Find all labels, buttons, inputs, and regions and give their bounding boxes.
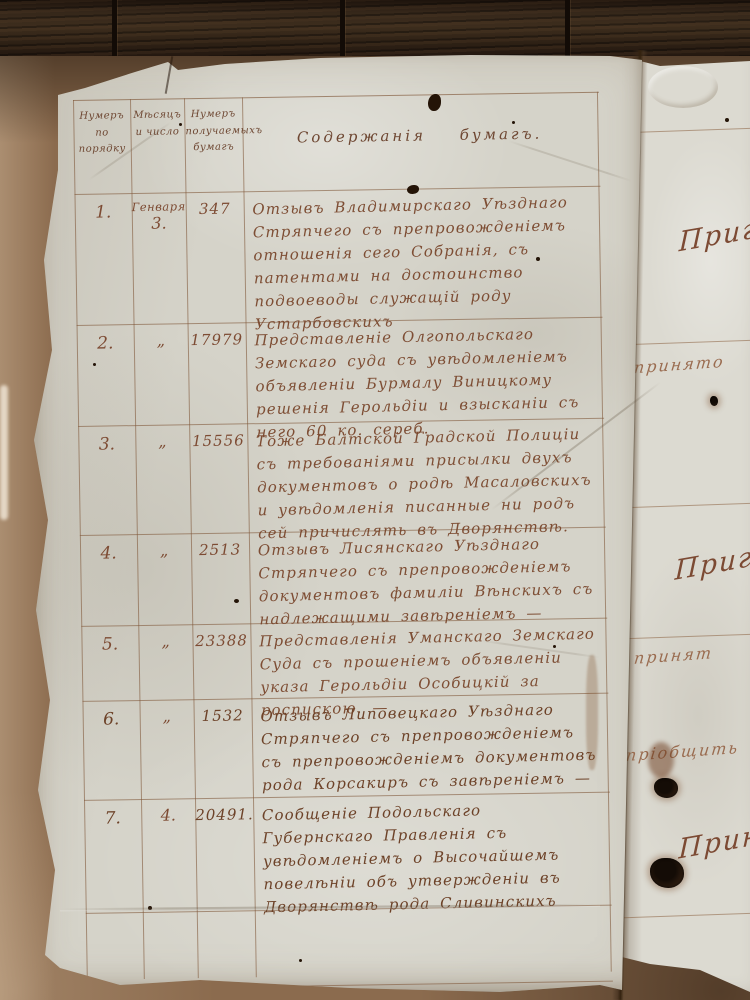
ink-speck <box>725 118 729 122</box>
paper-number: 20491. <box>195 805 253 824</box>
resolution-note: Прин <box>678 819 750 865</box>
paper-number: 2513 <box>191 540 249 559</box>
table-row: 7. 4. 20491. Сообщеніе Подольскаго Губер… <box>84 793 612 914</box>
table-row: 2. „ 17979 Представленіе Олгопольскаго З… <box>77 318 605 427</box>
paper-number: 23388 <box>192 631 250 650</box>
entry-date: „ <box>138 631 192 651</box>
ink-speck <box>179 123 182 126</box>
ink-speck <box>299 959 302 962</box>
entry-date: „ <box>134 330 188 350</box>
table-row: 1. Генваря 3. 347 Отзывъ Владимирскаго У… <box>74 187 602 326</box>
photo-of-archival-document: Пригов принято Приго принят пріобщить Пр… <box>0 0 750 1000</box>
entry-day-ditto: „ <box>140 706 194 726</box>
entry-date: „ <box>140 706 194 726</box>
header-paper-contents: Содержанія бумагъ. <box>244 121 594 151</box>
table-row: 6. „ 1532 Отзывъ Липовецкаго Уѣзднаго Ст… <box>82 694 609 801</box>
ruled-line <box>624 913 750 918</box>
entry-day: 4. <box>141 805 195 825</box>
burn-smear <box>648 742 674 778</box>
empty-table-row <box>86 906 613 990</box>
resolution-note: принят <box>633 643 714 668</box>
entry-date: „ <box>135 431 189 451</box>
entry-day-ditto: „ <box>135 431 189 451</box>
entry-number: 5. <box>81 634 138 655</box>
paper-number: 1532 <box>194 706 252 725</box>
paper-hole <box>710 396 718 406</box>
entry-content: Отзывъ Лисянскаго Уѣзднаго Стряпчего съ … <box>258 532 598 632</box>
paper-hole <box>654 778 678 798</box>
paper-number: 15556 <box>189 431 247 450</box>
header-paper-number: Нумеръ получаемыхъ бумагъ <box>185 106 242 156</box>
document-left-page: Нумеръ по порядку Мѣсяцъ и число Нумеръ … <box>30 52 645 992</box>
header-entry-number: Нумеръ по порядку <box>74 108 130 158</box>
entry-content: Отзывъ Владимирскаго Уѣзднаго Стряпчего … <box>252 191 593 337</box>
ink-speck <box>553 645 556 648</box>
header-month-day: Мѣсяцъ и число <box>131 107 184 141</box>
entry-content: Тоже Балтской Градской Полиціи съ требов… <box>256 423 597 546</box>
resolution-note: Пригов <box>678 207 750 259</box>
ink-speck <box>536 257 540 261</box>
entry-content: Сообщеніе Подольскаго Губернскаго Правле… <box>262 797 603 920</box>
entry-day-ditto: „ <box>137 540 191 560</box>
paper-number: 17979 <box>188 330 246 349</box>
ink-speck <box>93 363 96 366</box>
entry-number: 3. <box>78 434 135 455</box>
wood-plank-gap <box>340 0 345 56</box>
ruled-line <box>624 634 750 639</box>
entry-number: 6. <box>83 709 140 730</box>
wood-plank-gap <box>565 0 570 56</box>
table-row: 5. „ 23388 Представленія Уманскаго Земск… <box>81 619 608 702</box>
ruled-line <box>624 503 750 508</box>
entry-date: „ <box>137 540 191 560</box>
wooden-table-background <box>0 0 750 56</box>
entry-number: 2. <box>77 333 134 354</box>
resolution-note: пріобщить <box>625 738 740 765</box>
entry-date: Генваря 3. <box>132 199 187 233</box>
entry-day: 3. <box>132 213 186 233</box>
resolution-note: принято <box>633 352 726 378</box>
table-row: 4. „ 2513 Отзывъ Лисянскаго Уѣзднаго Стр… <box>80 528 607 627</box>
entry-month: Генваря <box>132 199 186 214</box>
paper-hole <box>650 858 684 888</box>
entry-number: 4. <box>80 543 137 564</box>
embossed-seal <box>648 66 718 108</box>
entry-date: 4. <box>141 805 195 825</box>
ruled-line <box>624 340 750 345</box>
table-row: 3. „ 15556 Тоже Балтской Градской Полиці… <box>78 419 606 536</box>
wood-plank-gap <box>112 0 117 56</box>
register-table: Нумеръ по порядку Мѣсяцъ и число Нумеръ … <box>73 92 613 980</box>
paper-number: 347 <box>186 199 244 218</box>
entry-day-ditto: „ <box>138 631 192 651</box>
entry-number: 1. <box>75 202 132 223</box>
entry-content: Отзывъ Липовецкаго Уѣзднаго Стряпчего съ… <box>260 698 600 798</box>
entry-day-ditto: „ <box>134 330 188 350</box>
ink-speck <box>234 599 239 603</box>
entry-number: 7. <box>84 808 141 829</box>
mat-edge-highlight <box>0 385 8 520</box>
resolution-note: Приго <box>674 538 750 587</box>
ink-speck <box>512 121 515 124</box>
fold-stain <box>586 655 598 770</box>
